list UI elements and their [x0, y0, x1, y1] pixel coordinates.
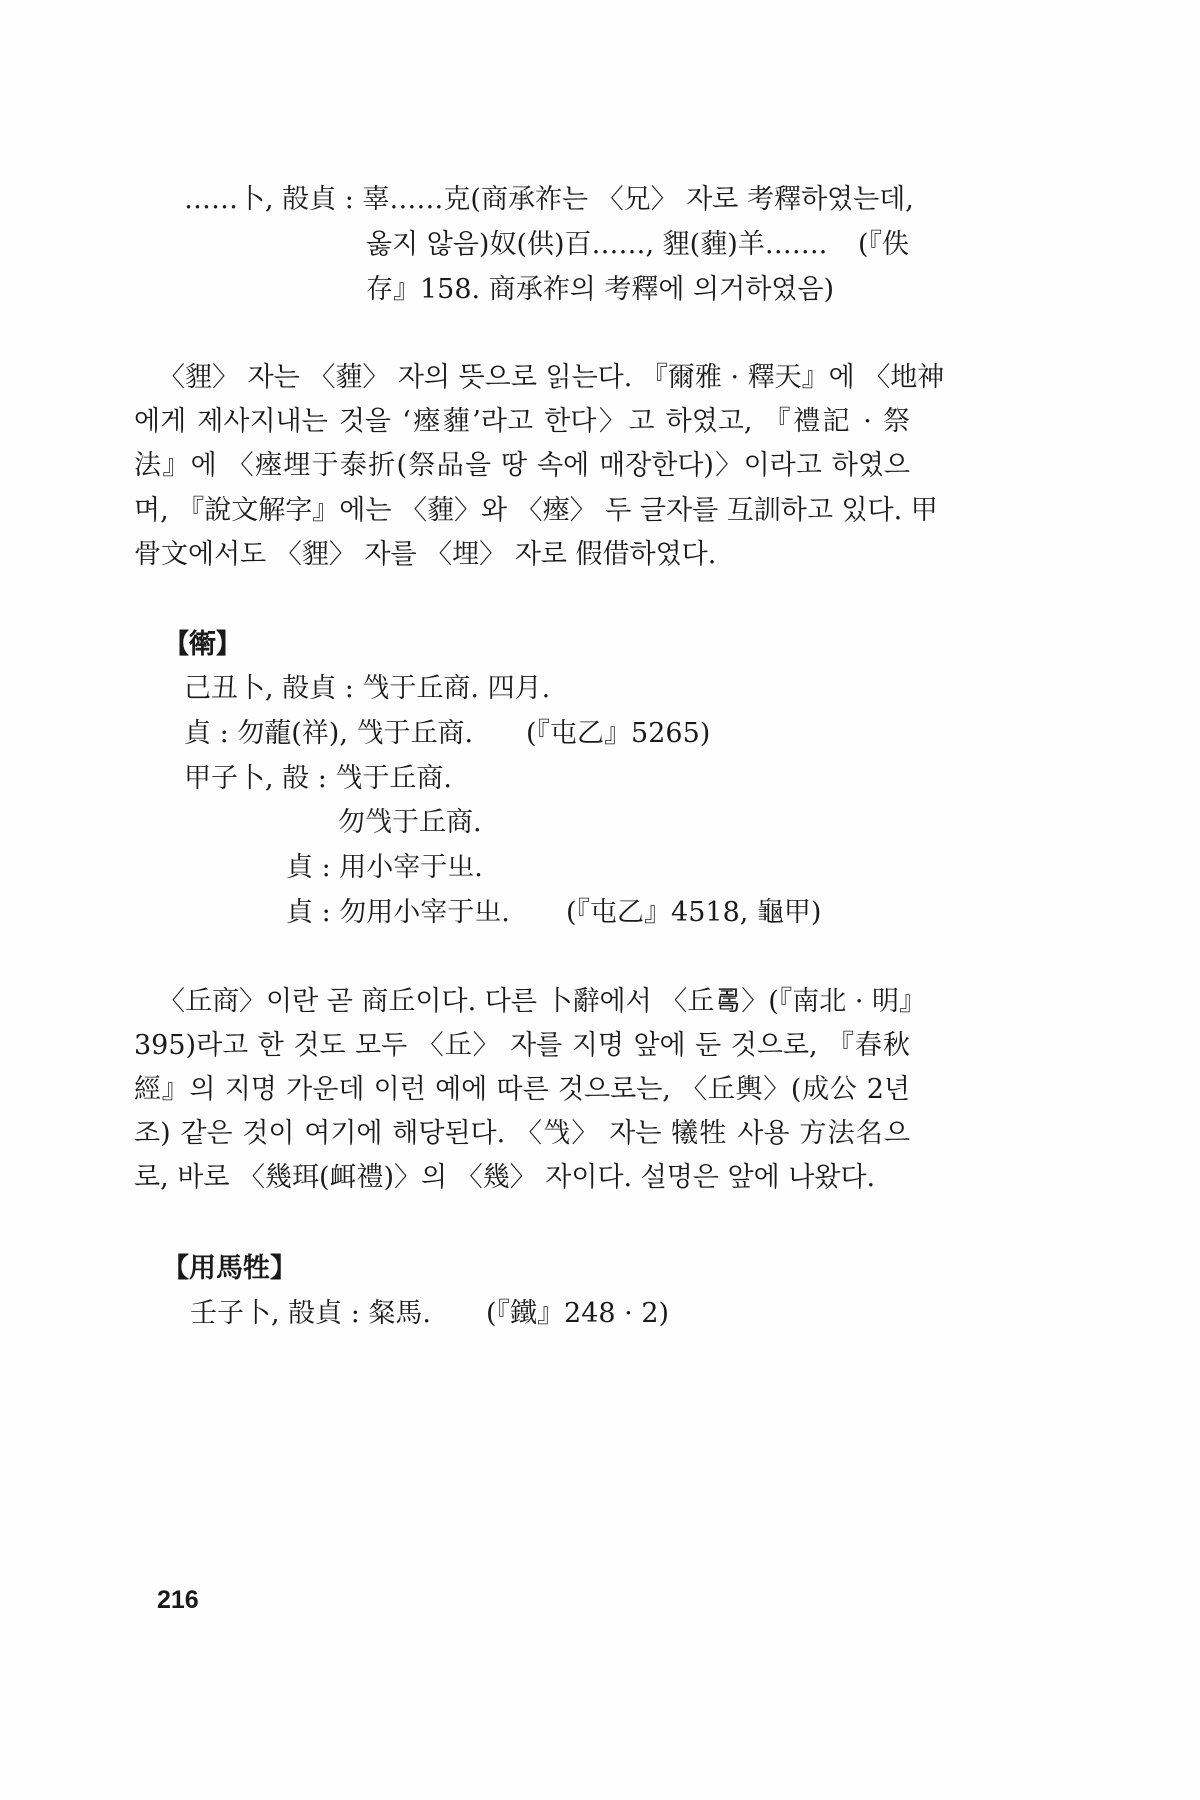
- oracle-entry: 貞 : 用小宰于㞢.: [286, 851, 483, 885]
- oracle-entry: 貞 : 勿用小宰于㞢.: [286, 896, 510, 930]
- citation: (『佚: [858, 228, 909, 262]
- paragraph-line: 조) 같은 것이 여기에 해당된다. 〈㦰〉 자는 犧牲 사용 方法名으: [134, 1117, 910, 1151]
- book-page: ……卜, 㱿貞 : 辜……克(商承祚는 〈兄〉 자로 考釋하였는데, 옳지 않음…: [0, 0, 1200, 1800]
- paragraph-line: 〈貍〉 자는 〈薶〉 자의 뜻으로 읽는다. 『爾雅 · 釋天』에 〈地神: [158, 361, 910, 395]
- citation: (『屯乙』4518, 龜甲): [566, 896, 821, 930]
- oracle-line-continued: 옳지 않음)奴(供)百……, 貍(薶)羊…….: [366, 228, 827, 262]
- oracle-entry: 甲子卜, 㱿 : 㦰于丘商.: [184, 762, 452, 796]
- paragraph-line: 며, 『說文解字』에는 〈薶〉와 〈瘞〉 두 글자를 互訓하고 있다. 甲: [134, 494, 910, 528]
- oracle-line-continued: 存』158. 商承祚의 考釋에 의거하였음): [366, 273, 834, 307]
- section-heading: 【用馬牲】: [162, 1252, 297, 1286]
- paragraph-line: 骨文에서도 〈貍〉 자를 〈埋〉 자로 假借하였다.: [134, 538, 716, 572]
- page-number: 216: [157, 1586, 199, 1614]
- paragraph-line: 法』에 〈瘞埋于泰折(祭品을 땅 속에 매장한다)〉이라고 하였으: [134, 449, 910, 483]
- paragraph-line: 經』의 지명 가운데 이런 예에 따른 것으로는, 〈丘輿〉(成公 2년: [134, 1073, 910, 1107]
- paragraph-line: 로, 바로 〈幾珥(衈禮)〉의 〈幾〉 자이다. 설명은 앞에 나왔다.: [134, 1161, 875, 1195]
- oracle-line: ……卜, 㱿貞 : 辜……克(商承祚는 〈兄〉 자로 考釋하였는데,: [184, 183, 914, 217]
- oracle-entry: 貞 : 勿蘢(祥), 㦰于丘商.: [184, 717, 473, 751]
- oracle-entry: 勿㦰于丘商.: [338, 806, 482, 840]
- oracle-entry: 己丑卜, 㱿貞 : 㦰于丘商. 四月.: [184, 672, 550, 706]
- paragraph-line: 395)라고 한 것도 모두 〈丘〉 자를 지명 앞에 둔 것으로, 『春秋: [134, 1029, 910, 1063]
- citation: (『屯乙』5265): [526, 717, 710, 751]
- citation: (『鐵』248 · 2): [486, 1297, 669, 1331]
- oracle-entry: 壬子卜, 㱿貞 : 粲馬.: [190, 1297, 431, 1331]
- paragraph-line: 〈丘商〉이란 곧 商丘이다. 다른 卜辭에서 〈丘𠷎〉(『南北 · 明』: [158, 985, 910, 1019]
- section-heading: 【𧗿】: [162, 628, 243, 662]
- paragraph-line: 에게 제사지내는 것을 ‘瘞薶’라고 한다〉고 하였고, 『禮記 · 祭: [134, 405, 910, 439]
